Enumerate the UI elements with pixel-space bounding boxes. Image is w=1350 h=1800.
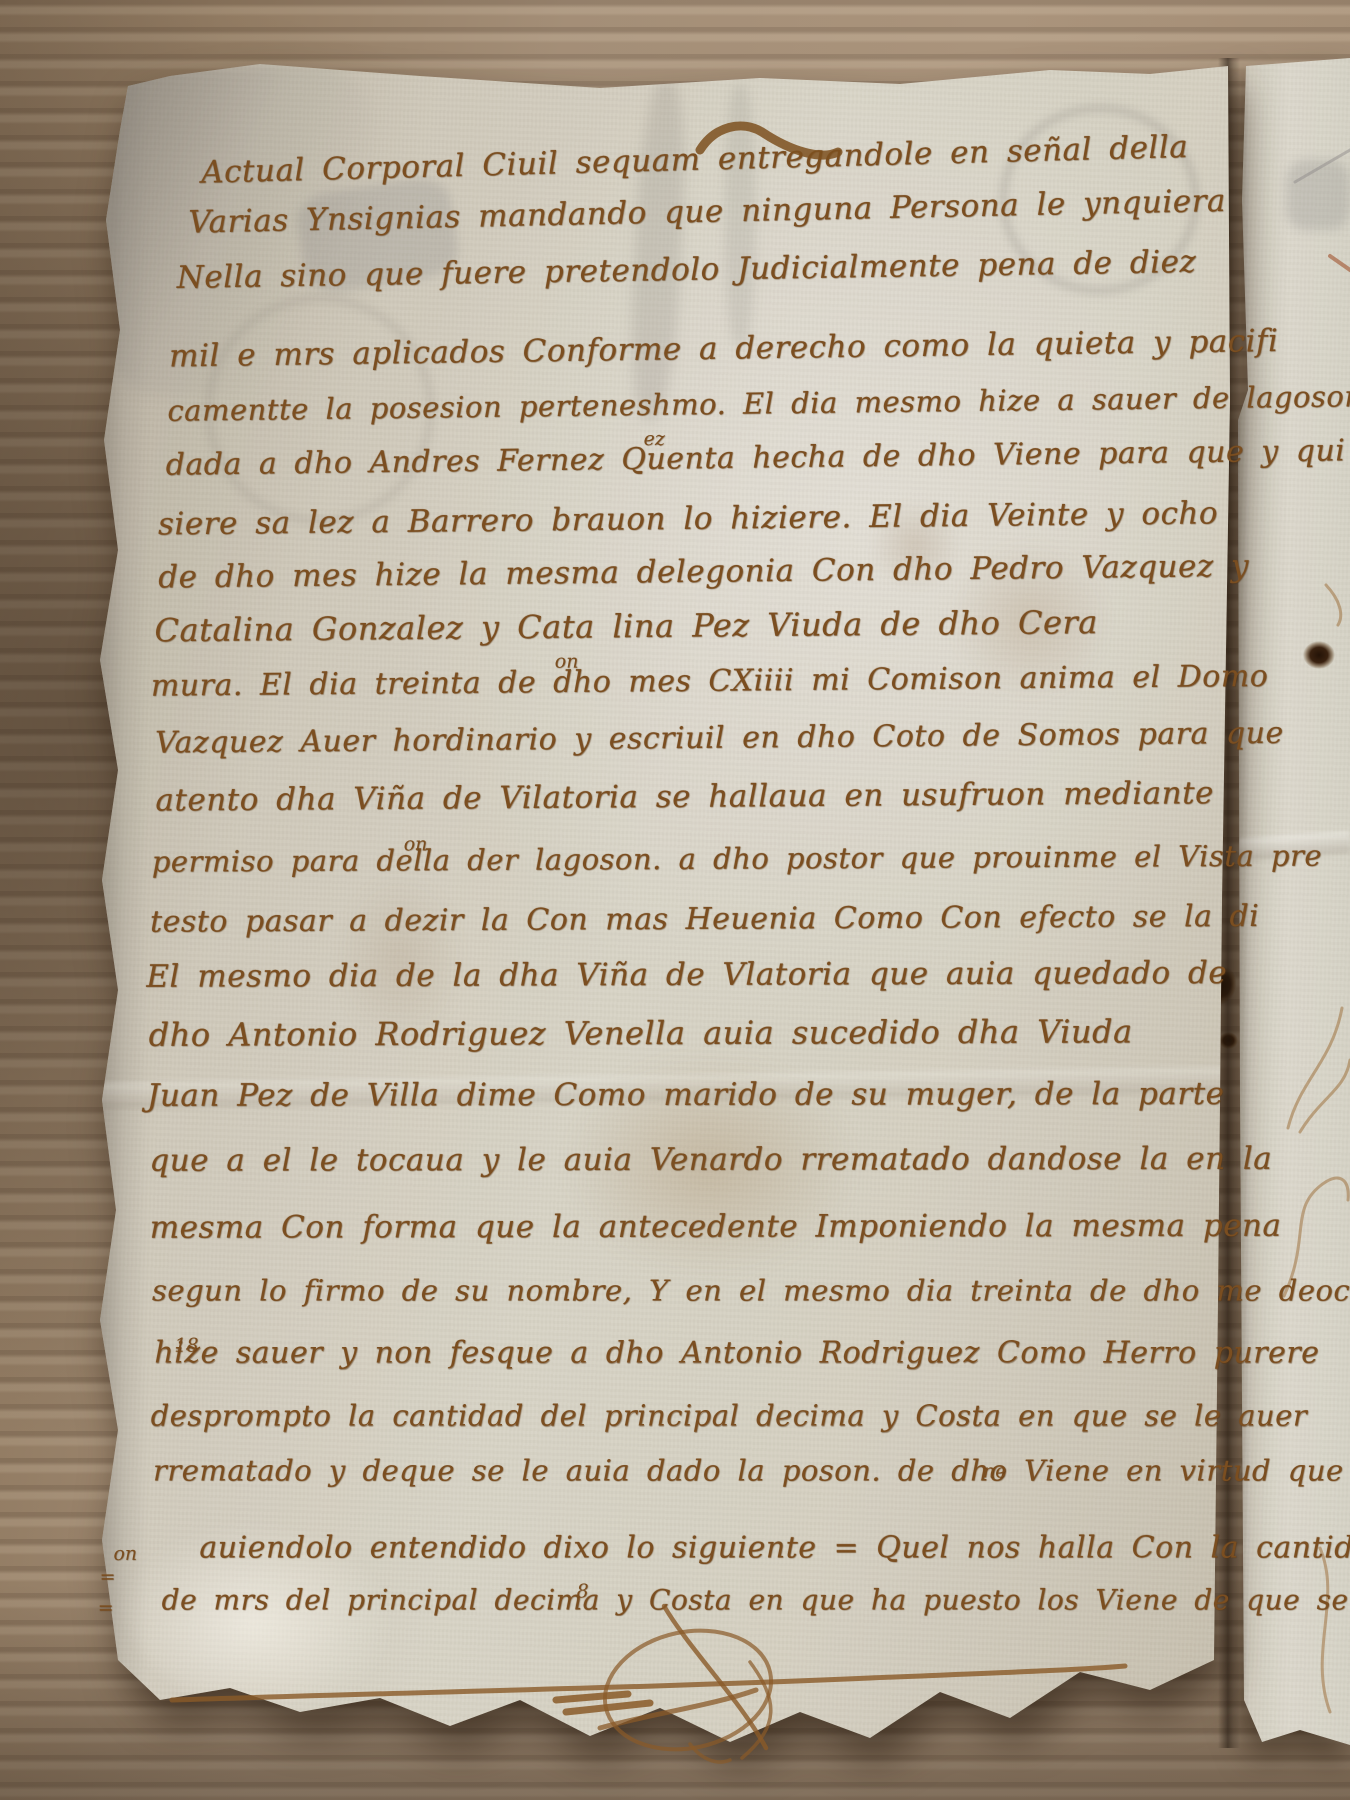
manuscript-text-layer: Actual Corporal Ciuil sequam entregandol…	[0, 0, 1350, 1800]
manuscript-line: siere sa lez a Barrero brauon lo hiziere…	[158, 495, 1218, 542]
manuscript-line: hize sauer y non fesque a dho Antonio Ro…	[154, 1336, 1319, 1371]
manuscript-line: dho Antonio Rodriguez Venella auia suced…	[149, 1012, 1133, 1053]
manuscript-line: Actual Corporal Ciuil sequam entregandol…	[201, 129, 1189, 191]
manuscript-line: camentte la posesion perteneshmo. El dia…	[167, 379, 1350, 428]
manuscript-line: mil e mrs aplicados Conforme a derecho c…	[169, 323, 1279, 374]
manuscript-line: dada a dho Andres Fernez Quenta hecha de…	[166, 433, 1346, 482]
manuscript-line: Nella sino que fuere pretendolo Judicial…	[176, 244, 1196, 296]
manuscript-line: testo pasar a dezir la Con mas Heuenia C…	[150, 899, 1259, 940]
margin-note: =	[98, 1597, 114, 1619]
margin-note: 18	[174, 1335, 198, 1357]
manuscript-line: atento dha Viña de Vilatoria se hallaua …	[155, 775, 1214, 818]
manuscript-line: Vazquez Auer hordinario y escriuil en dh…	[155, 716, 1284, 761]
margin-note: ez	[644, 428, 665, 450]
manuscript-line: desprompto la cantidad del principal dec…	[151, 1399, 1308, 1433]
margin-note: ne	[983, 1460, 1007, 1482]
manuscript-line: auiendolo entendido dixo lo siguiente = …	[199, 1530, 1350, 1565]
manuscript-line: permiso para della der lagoson. a dho po…	[152, 839, 1322, 879]
margin-note: 8	[577, 1580, 589, 1602]
margin-note: on	[404, 833, 428, 855]
manuscript-line: mura. El dia treinta de dho mes CXiiii m…	[151, 659, 1269, 704]
manuscript-line: Juan Pez de Villa dime Como marido de su…	[147, 1076, 1225, 1114]
margin-note: on	[555, 651, 579, 673]
margin-note: on	[113, 1543, 137, 1565]
margin-note: =	[99, 1566, 115, 1588]
manuscript-line: mesma Con forma que la antecedente Impon…	[150, 1208, 1282, 1246]
manuscript-line: Varias Ynsignias mandando que ninguna Pe…	[188, 183, 1226, 241]
manuscript-line: segun lo firmo de su nombre, Y en el mes…	[152, 1274, 1350, 1308]
manuscript-line: de mrs del principal decima y Costa en q…	[162, 1583, 1350, 1616]
manuscript-line: Catalina Gonzalez y Cata lina Pez Viuda …	[154, 603, 1098, 649]
manuscript-line: de dho mes hize la mesma delegonia Con d…	[158, 548, 1249, 595]
manuscript-line: que a el le tocaua y le auia Venardo rre…	[149, 1141, 1272, 1179]
manuscript-line: El mesmo dia de la dha Viña de Vlatoria …	[146, 955, 1227, 995]
manuscript-line: rrematado y deque se le auia dado la pos…	[153, 1454, 1344, 1488]
